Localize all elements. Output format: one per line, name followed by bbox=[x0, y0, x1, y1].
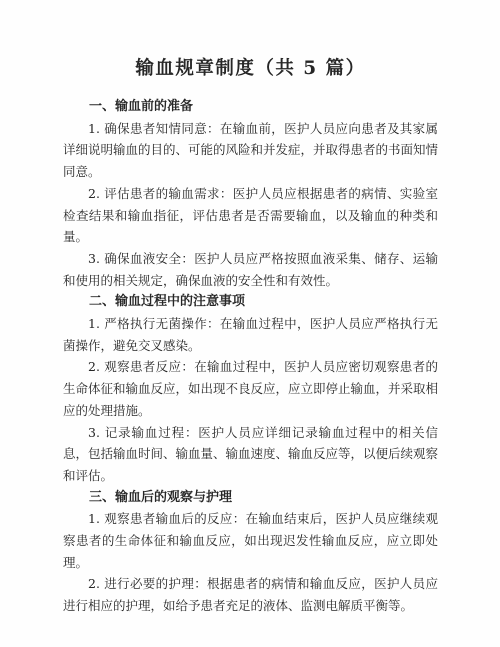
section-during-transfusion: 二、输血过程中的注意事项 1. 严格执行无菌操作：在输血过程中，医护人员应严格执… bbox=[63, 291, 438, 486]
section-after-transfusion-heading: 三、输血后的观察与护理 bbox=[63, 487, 438, 509]
document-page: 输血规章制度（共 5 篇） 一、输血前的准备 1. 确保患者知情同意：在输血前，… bbox=[0, 0, 500, 647]
paragraph: 3. 确保血液安全：医护人员应严格按照血液采集、储存、运输和使用的相关规定，确保… bbox=[63, 248, 438, 291]
paragraph: 2. 评估患者的输血需求：医护人员应根据患者的病情、实验室检查结果和输血指征，评… bbox=[63, 183, 438, 248]
paragraph: 2. 观察患者反应：在输血过程中，医护人员应密切观察患者的生命体征和输血反应，如… bbox=[63, 356, 438, 421]
paragraph: 2. 进行必要的护理：根据患者的病情和输血反应，医护人员应进行相应的护理，如给予… bbox=[63, 573, 438, 616]
section-preparation-heading: 一、输血前的准备 bbox=[63, 96, 438, 118]
paragraph: 1. 观察患者输血后的反应：在输血结束后，医护人员应继续观察患者的生命体征和输血… bbox=[63, 508, 438, 573]
paragraph: 3. 记录输血过程：医护人员应详细记录输血过程中的相关信息，包括输血时间、输血量… bbox=[63, 422, 438, 487]
section-during-transfusion-heading: 二、输血过程中的注意事项 bbox=[63, 291, 438, 313]
section-preparation: 一、输血前的准备 1. 确保患者知情同意：在输血前，医护人员应向患者及其家属详细… bbox=[63, 96, 438, 291]
document-title: 输血规章制度（共 5 篇） bbox=[63, 56, 438, 81]
paragraph: 1. 严格执行无菌操作：在输血过程中，医护人员应严格执行无菌操作，避免交叉感染。 bbox=[63, 313, 438, 356]
section-after-transfusion: 三、输血后的观察与护理 1. 观察患者输血后的反应：在输血结束后，医护人员应继续… bbox=[63, 487, 438, 617]
paragraph: 1. 确保患者知情同意：在输血前，医护人员应向患者及其家属详细说明输血的目的、可… bbox=[63, 118, 438, 183]
